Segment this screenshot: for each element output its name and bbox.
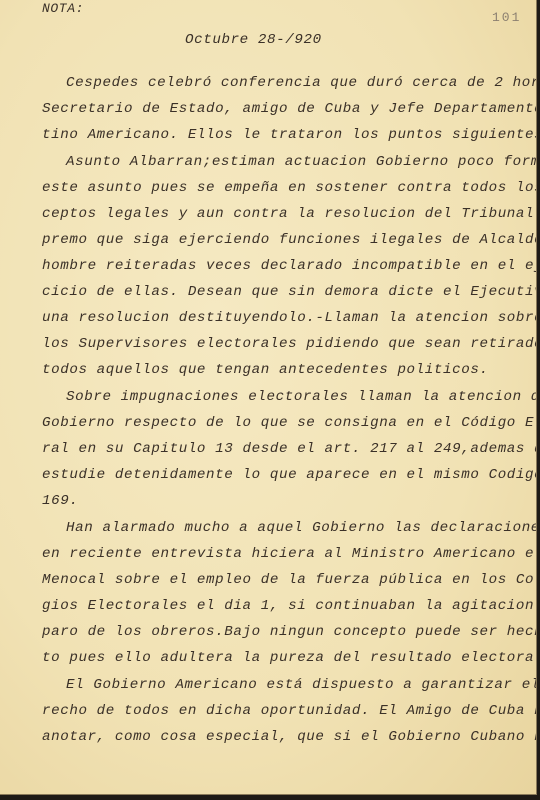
text-line: en reciente entrevista hiciera al Minist… bbox=[42, 547, 537, 561]
text-line: premo que siga ejerciendo funciones ileg… bbox=[42, 233, 537, 247]
text-line: paro de los obreros.Bajo ningun concepto… bbox=[42, 625, 537, 639]
text-line: anotar, como cosa especial, que si el Go… bbox=[42, 730, 537, 744]
text-line: una resolucion destituyendolo.-Llaman la… bbox=[42, 311, 537, 325]
text-line: 169. bbox=[42, 494, 78, 508]
text-line: estudie detenidamente lo que aparece en … bbox=[42, 468, 537, 482]
text-line: Sobre impugnaciones electorales llaman l… bbox=[66, 390, 537, 404]
text-line: todos aquellos que tengan antecedentes p… bbox=[42, 363, 489, 377]
text-line: to pues ello adultera la pureza del resu… bbox=[42, 651, 537, 665]
text-line: este asunto pues se empeña en sostener c… bbox=[42, 181, 537, 195]
text-line: Asunto Albarran;estiman actuacion Gobier… bbox=[66, 155, 537, 169]
text-line: ral en su Capitulo 13 desde el art. 217 … bbox=[42, 442, 537, 456]
text-line: hombre reiteradas veces declarado incomp… bbox=[42, 259, 537, 273]
text-line: El Gobierno Americano está dispuesto a g… bbox=[66, 678, 537, 692]
text-line: gios Electorales el dia 1, si continuaba… bbox=[42, 599, 537, 613]
document-date: Octubre 28-/920 bbox=[185, 33, 322, 47]
folio-number: 101 bbox=[492, 11, 521, 24]
document-page: NOTA: 101 Octubre 28-/920 Cespedes celeb… bbox=[0, 0, 537, 795]
text-line: los Supervisores electorales pidiendo qu… bbox=[42, 337, 537, 351]
text-line: Menocal sobre el empleo de la fuerza púb… bbox=[42, 573, 537, 587]
text-line: Secretario de Estado, amigo de Cuba y Je… bbox=[42, 102, 537, 116]
text-line: cicio de ellas. Desean que sin demora di… bbox=[42, 285, 537, 299]
text-line: tino Americano. Ellos le trataron los pu… bbox=[42, 128, 537, 142]
text-line: Cespedes celebró conferencia que duró ce… bbox=[66, 76, 537, 90]
text-line: recho de todos en dicha oportunidad. El … bbox=[42, 704, 537, 718]
nota-header: NOTA: bbox=[42, 2, 84, 15]
text-line: Han alarmado mucho a aquel Gobierno las … bbox=[66, 521, 537, 535]
text-line: Gobierno respecto de lo que se consigna … bbox=[42, 416, 537, 430]
text-line: ceptos legales y aun contra la resolucio… bbox=[42, 207, 537, 221]
